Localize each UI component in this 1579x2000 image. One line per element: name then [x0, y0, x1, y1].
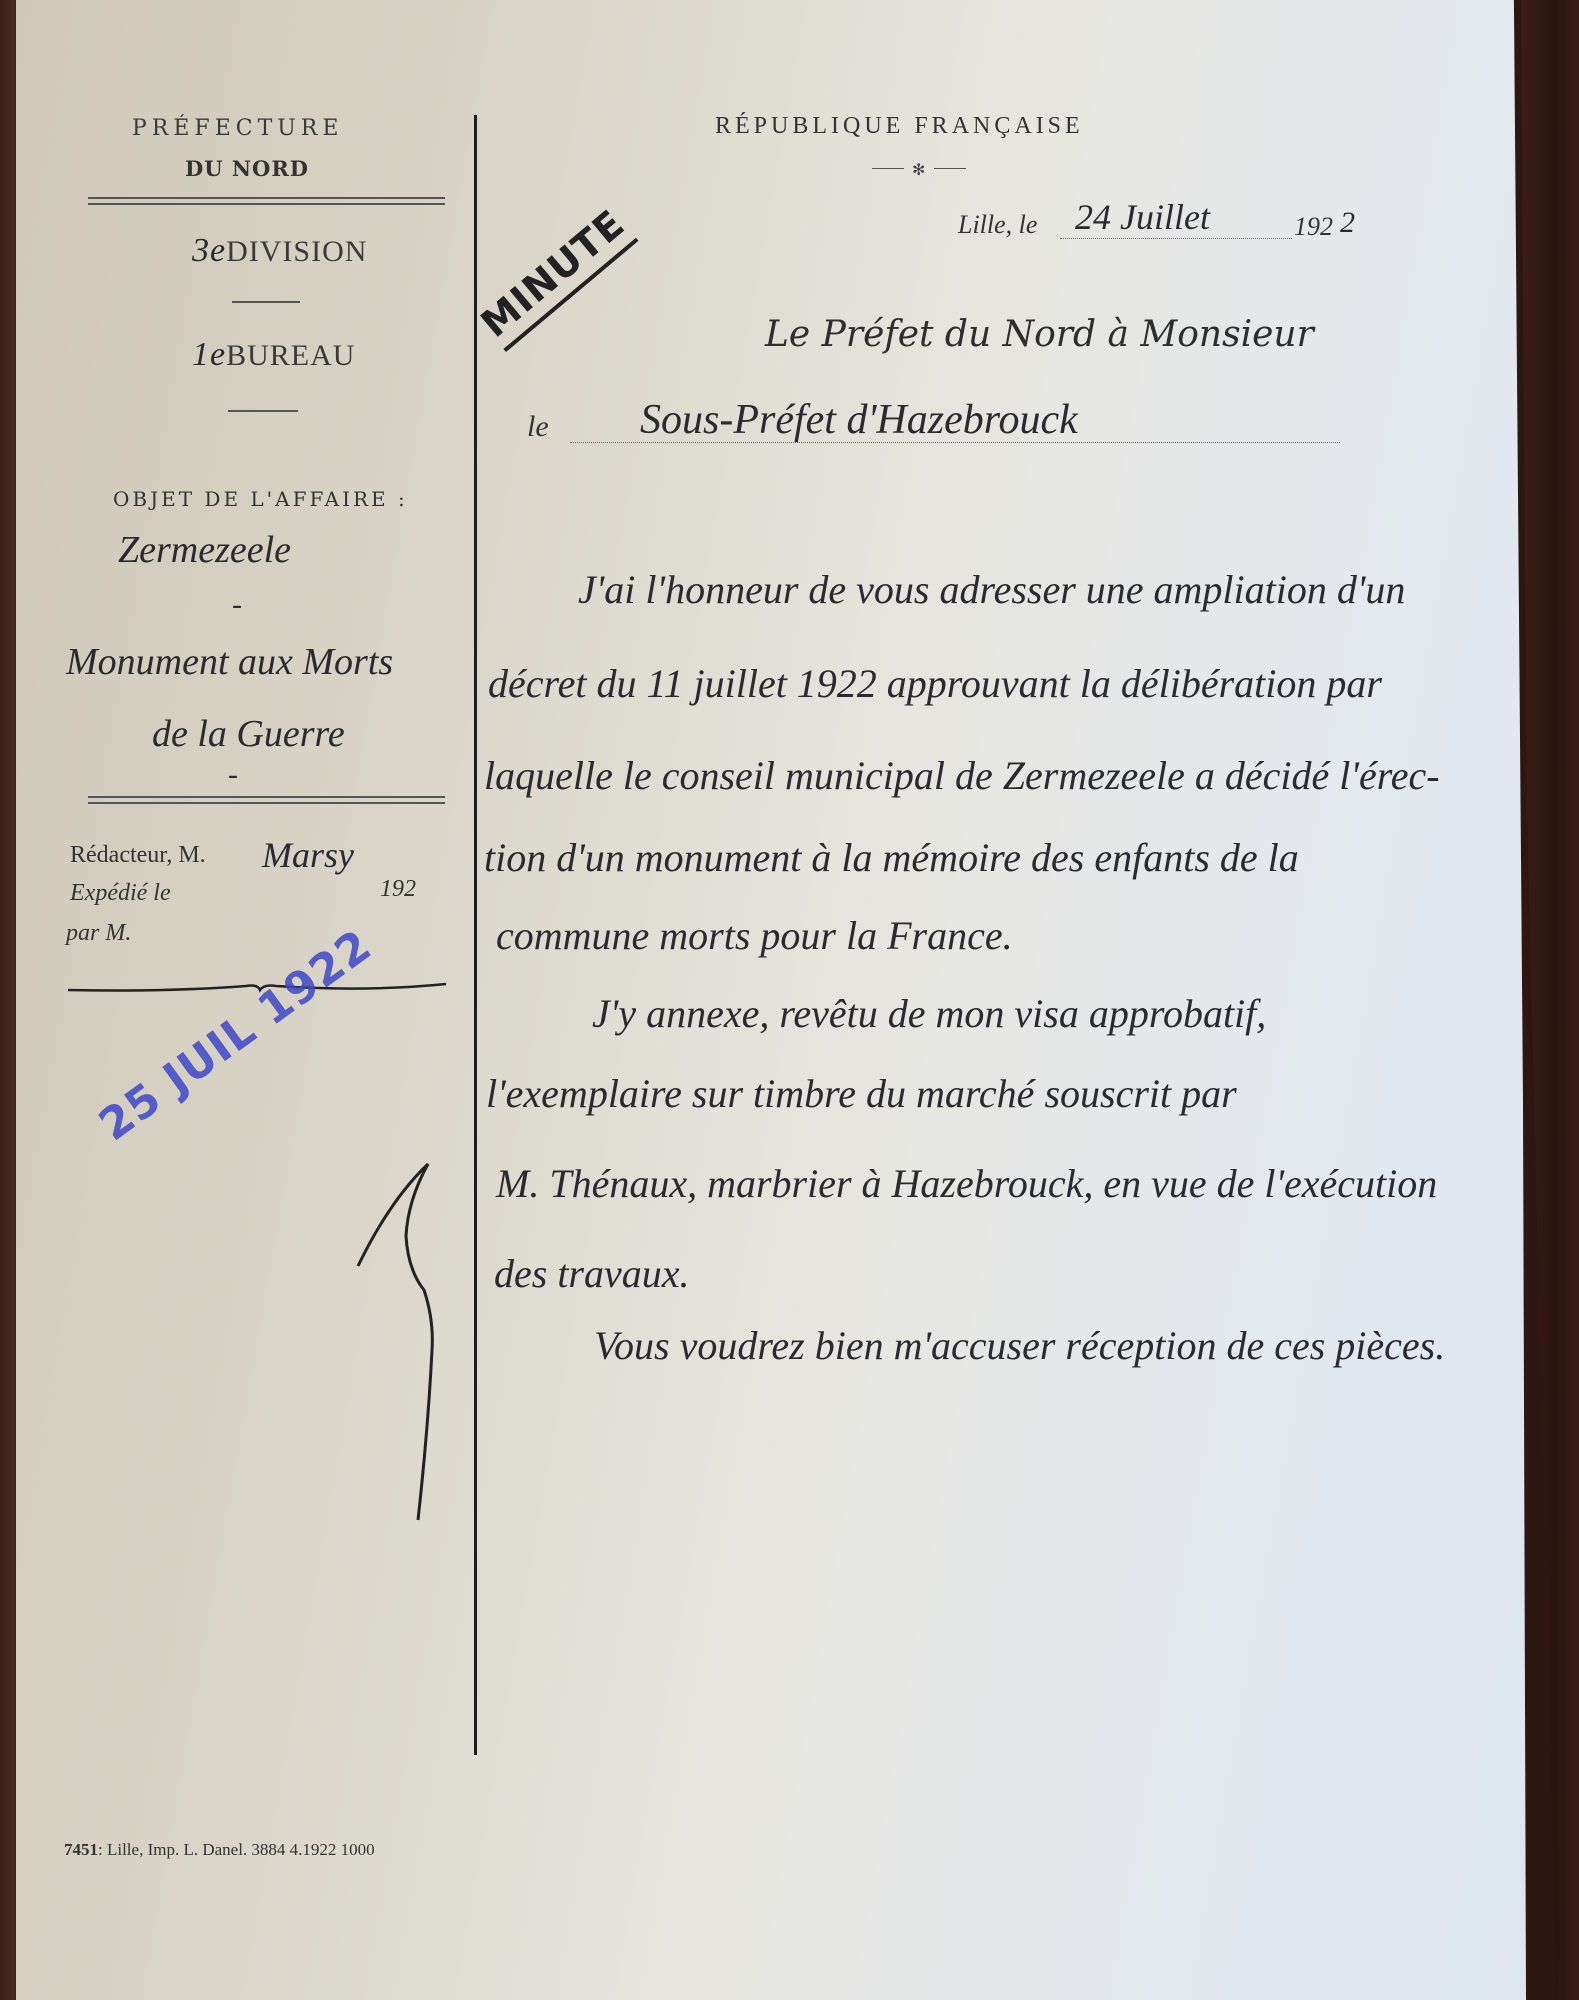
- rule-bureau: [228, 410, 298, 412]
- par-label: par M.: [66, 920, 131, 947]
- body-line-7: l'exemplaire sur timbre du marché souscr…: [486, 1070, 1237, 1117]
- recipient-name: Sous-Préfet d'Hazebrouck: [640, 396, 1078, 444]
- division-label: DIVISION: [226, 235, 367, 268]
- division-line: 3eDIVISION: [192, 232, 367, 270]
- prefecture-subheading: DU NORD: [185, 156, 309, 181]
- objet-subject-cont: de la Guerre: [152, 712, 345, 756]
- body-line-1: J'ai l'honneur de vous adresser une ampl…: [578, 566, 1405, 613]
- objet-subject: Monument aux Morts: [66, 640, 393, 684]
- recipient-prefix: le: [527, 410, 549, 444]
- ornament-rule-left: [872, 168, 904, 169]
- objet-commune: Zermezeele: [118, 528, 291, 572]
- redacteur-name: Marsy: [262, 834, 354, 876]
- body-line-8: M. Thénaux, marbrier à Hazebrouck, en vu…: [496, 1160, 1437, 1207]
- date-dotted-line: [1060, 238, 1292, 239]
- year-prefix-left: 192: [380, 876, 416, 903]
- desk-edge-right: [1521, 0, 1579, 2000]
- objet-dash-2: -: [228, 758, 238, 792]
- body-line-10: Vous voudrez bien m'accuser réception de…: [594, 1322, 1445, 1369]
- rule-division: [232, 301, 300, 303]
- imprint-number: 7451: [64, 1840, 98, 1859]
- body-line-4: tion d'un monument à la mémoire des enfa…: [484, 834, 1299, 881]
- expedie-label: Expédié le: [70, 880, 171, 907]
- printer-imprint: 7451: Lille, Imp. L. Danel. 3884 4.1922 …: [64, 1840, 375, 1860]
- body-line-6: J'y annexe, revêtu de mon visa approbati…: [592, 990, 1266, 1037]
- handwritten-date: 24 Juillet: [1075, 196, 1210, 238]
- year-handwritten: 2: [1340, 206, 1355, 240]
- body-line-2: décret du 11 juillet 1922 approuvant la …: [488, 660, 1382, 707]
- objet-dash-1: -: [232, 588, 242, 622]
- asterism-icon: ✻: [912, 160, 925, 180]
- double-rule-top: [88, 197, 445, 205]
- redacteur-label: Rédacteur, M.: [70, 842, 206, 869]
- salutation: Le Préfet du Nord à Monsieur: [765, 314, 1314, 355]
- bureau-label: BUREAU: [226, 339, 355, 372]
- margin-mark-1: [350, 1150, 440, 1540]
- body-line-5: commune morts pour la France.: [496, 912, 1013, 959]
- bureau-line: 1eBUREAU: [192, 336, 355, 374]
- ornament-rule-right: [934, 168, 966, 169]
- recipient-dotted-line: [570, 442, 1340, 443]
- body-line-3: laquelle le conseil municipal de Zermeze…: [484, 752, 1440, 799]
- imprint-text: : Lille, Imp. L. Danel. 3884 4.1922 1000: [98, 1840, 375, 1859]
- body-line-9: des travaux.: [494, 1250, 690, 1297]
- year-printed: 192: [1294, 212, 1333, 242]
- division-number: 3e: [192, 232, 226, 269]
- republic-heading: RÉPUBLIQUE FRANÇAISE: [715, 113, 1084, 140]
- double-rule-mid: [88, 796, 445, 804]
- column-divider: [474, 115, 477, 1755]
- objet-label: OBJET DE L'AFFAIRE :: [113, 487, 408, 511]
- place-label: Lille, le: [958, 210, 1037, 240]
- prefecture-heading: PRÉFECTURE: [132, 116, 343, 141]
- bureau-number: 1e: [192, 336, 226, 373]
